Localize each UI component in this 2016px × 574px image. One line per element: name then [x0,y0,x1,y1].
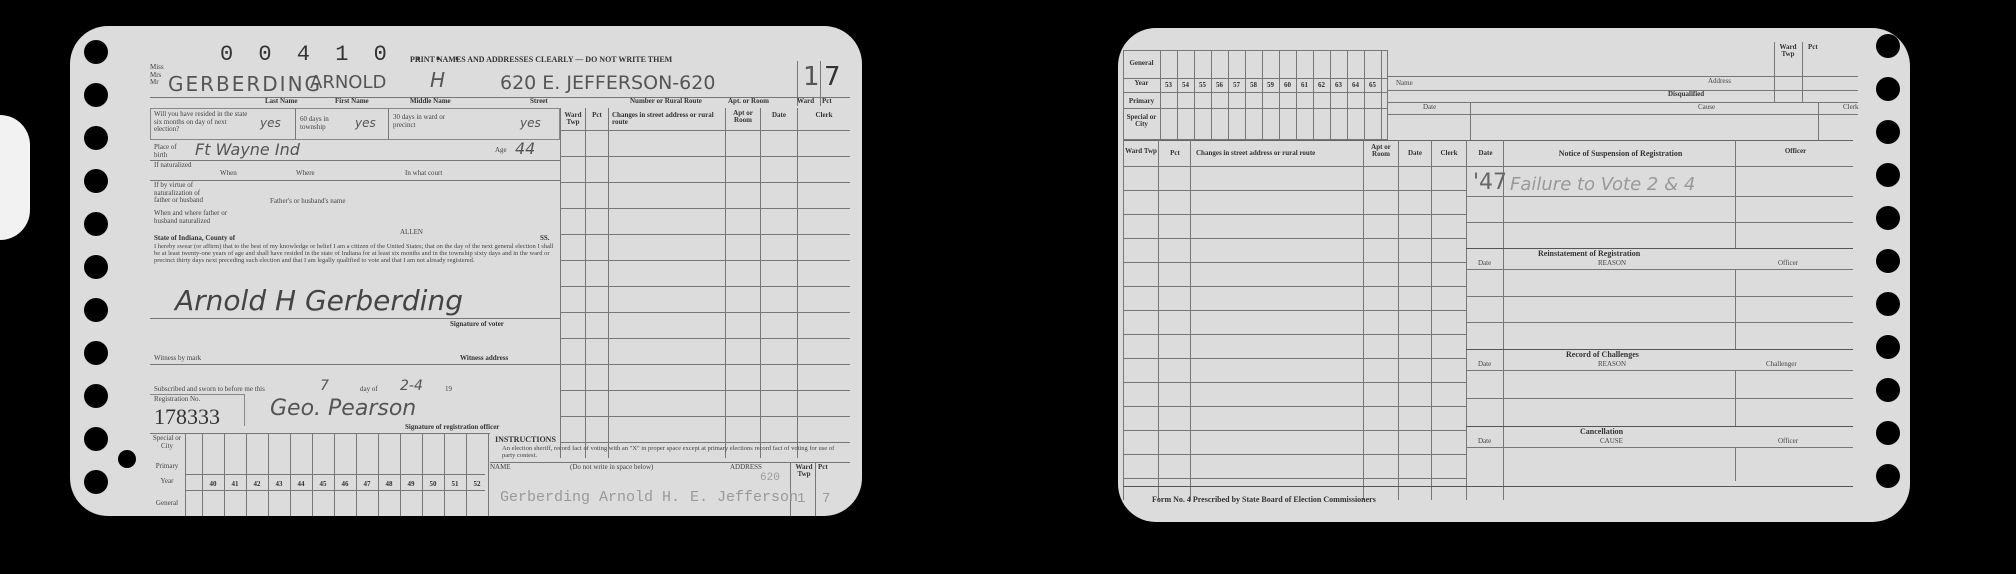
ward-twp-label: Ward Twp [1776,44,1800,59]
salutations: Miss Mrs Mr [150,64,170,87]
row-label-special: Special or City [152,435,182,450]
first-name-value: ARNOLD [310,72,386,93]
stamped-pct: 7 [822,491,830,507]
where-label: Where [296,170,315,178]
bottom-name-label: NAME [490,464,511,472]
residency-ward-answer: yes [520,116,541,130]
punch-hole [84,470,108,494]
challenges-date-header: Date [1478,361,1491,369]
officer-signature-label: Signature of registration officer [405,424,499,431]
stamped-name: Gerberding Arnold H. [500,489,680,506]
instructions-title: INSTRUCTIONS [495,436,556,444]
row-label-general: General [1124,60,1159,67]
challenges-reason-header: REASON [1598,361,1626,369]
col-changes: Changes in street address or rural route [1196,150,1361,157]
year-cell: 59 [1262,81,1279,89]
year-cell: 44 [290,480,312,488]
year-cell: 62 [1313,81,1330,89]
year-cell: 49 [400,480,422,488]
year-cell: 54 [1177,81,1194,89]
residency-state-answer: yes [260,116,281,130]
residency-state-question: Will you have resided in the state six m… [154,111,249,134]
year-cell: 40 [202,480,224,488]
challenges-title: Record of Challenges [1566,351,1639,359]
col-apt: Apt or Room [1364,144,1398,159]
col-clerk: Clerk [799,112,849,119]
age-value: 44 [515,139,535,158]
row-label-special: Special or City [1124,114,1159,129]
oath-ss-label: SS. [540,235,550,242]
stamped-ward: 1 [797,491,805,507]
punch-hole-small [118,450,136,468]
punch-hole [84,255,108,279]
disq-cause-label: Cause [1698,104,1715,112]
reinstatement-date-header: Date [1478,260,1491,268]
ward-value: 1 [803,62,820,92]
residency-township-answer: yes [355,116,376,130]
punch-hole [1876,34,1900,58]
challenges-challenger-header: Challenger [1766,361,1797,369]
name-label: Name [1396,80,1413,88]
col-pct: Pct [587,112,607,119]
father-where-label: When and where father or husband natural… [154,210,244,225]
year-cell: 65 [1364,81,1381,89]
row-label-primary: Primary [152,463,182,471]
bottom-ward-label: Ward Twp [792,464,816,479]
col-ward-twp: Ward Twp [1124,148,1158,155]
year-cell: 46 [334,480,356,488]
col-pct: Pct [1160,150,1190,157]
place-of-birth-label: Place of birth [154,144,184,159]
ward-label: Ward [797,98,814,105]
address-label: Address [1708,78,1731,86]
father-naturalization-label: If by virtue of naturalization of father… [154,182,212,205]
day-label: day of [360,386,378,394]
bottom-address-label: ADDRESS [730,464,762,472]
officer-signature: Geo. Pearson [270,396,416,421]
col-changes: Changes in street address or rural route [612,112,722,127]
court-label: In what court [405,170,442,178]
year-cell: 45 [312,480,334,488]
street-label: Street [530,98,548,105]
address-changes-table [560,108,850,458]
form-footer: Form No. 4 Prescribed by State Board of … [1152,496,1376,504]
punch-hole [84,341,108,365]
month-value: 2-4 [400,378,423,394]
suspension-notice-header: Notice of Suspension of Registration [1508,150,1733,158]
punch-hole [1876,120,1900,144]
oath-text: I hereby swear (or affirm) that to the b… [154,243,554,264]
punch-hole [1876,378,1900,402]
witness-mark-label: Witness by mark [154,355,201,363]
last-name-value: GERBERDING [168,72,322,96]
instructions-text: An election sheriff, record fact of voti… [502,445,842,459]
punch-hole [1876,421,1900,445]
punch-hole [1876,335,1900,359]
col-date: Date [1399,150,1431,157]
year-cell: 57 [1228,81,1245,89]
middle-name-value: H [430,68,445,92]
suspension-date-header: Date [1468,150,1503,157]
suspension-entry-text: Failure to Vote 2 & 4 [1510,174,1695,195]
year-cell: 42 [246,480,268,488]
year-cell: 47 [356,480,378,488]
year-cell: 52 [466,480,488,488]
oath-state-label: State of Indiana, County of [154,235,235,242]
place-of-birth-value: Ft Wayne Ind [195,140,300,159]
row-label-general: General [152,500,182,508]
apt-room-label: Apt. or Room [728,98,769,105]
suspension-entry-date: '47 [1473,170,1507,195]
film-edge-tab [0,115,30,240]
pct-value: 7 [824,62,841,92]
middle-name-label: Middle Name [410,98,451,105]
signature-label: Signature of voter [450,321,504,328]
year-cell: 58 [1245,81,1262,89]
year-cell: 63 [1330,81,1347,89]
header-instruction: PRINT NAMES AND ADDRESSES CLEARLY — DO N… [410,56,672,64]
number-route-label: Number or Rural Route [630,98,702,105]
oath-county-value: ALLEN [400,229,423,237]
year-cell: 64 [1347,81,1364,89]
punch-hole [84,126,108,150]
year-cell: 41 [224,480,246,488]
punch-hole [84,40,108,64]
year-cell: 50 [422,480,444,488]
day-value: 7 [320,378,329,394]
suspension-officer-header: Officer [1738,148,1853,155]
punch-hole [1876,249,1900,273]
row-label-primary: Primary [1124,98,1159,105]
voting-record-grid [1123,50,1388,140]
year-cell: 43 [268,480,290,488]
witness-address-label: Witness address [460,355,508,362]
subscribed-label: Subscribed and sworn to before me this [154,386,265,394]
residency-township-question: 60 days in township [300,116,348,131]
disq-date-label: Date [1423,104,1436,112]
bottom-pct-label: Pct [818,464,828,471]
col-clerk: Clerk [1432,150,1466,157]
row-label-year: Year [152,478,182,486]
punch-hole [1876,464,1900,488]
reinstatement-title: Reinstatement of Registration [1538,250,1640,258]
row-label-year: Year [1124,80,1159,87]
col-apt: Apt or Room [727,110,759,125]
residency-ward-question: 30 days in ward or precinct [393,114,453,129]
year-cell: 55 [1194,81,1211,89]
disqualified-label: Disqualified [1668,91,1704,98]
year-prefix: 19 [445,386,452,394]
year-cell: 51 [444,480,466,488]
year-cell: 61 [1296,81,1313,89]
punch-hole [84,298,108,322]
do-not-write-label: (Do not write in space below) [570,464,653,472]
punch-hole [1876,77,1900,101]
cancellation-date-header: Date [1478,438,1491,446]
punch-hole [84,169,108,193]
punch-hole [84,427,108,451]
registration-card-back: General Year Primary Special or City 53 … [1118,28,1910,522]
col-ward-twp: Ward Twp [562,112,584,127]
punch-hole [84,212,108,236]
first-name-label: First Name [335,98,369,105]
pct-label: Pct [822,98,832,105]
when-label: When [220,170,237,178]
punch-hole [84,83,108,107]
registration-no-label: Registration No. [154,396,200,404]
last-name-label: Last Name [265,98,297,105]
punch-hole [1876,163,1900,187]
cancellation-title: Cancellation [1580,428,1623,436]
reinstatement-officer-header: Officer [1778,260,1798,268]
registration-card-front: 0 0 4 1 0 ... PRINT NAMES AND ADDRESSES … [70,26,862,516]
father-name-label: Father's or husband's name [270,198,345,206]
disq-clerk-label: Clerk [1843,104,1859,112]
punch-hole [84,384,108,408]
registration-no-value: 178333 [154,404,220,430]
punch-hole [1876,292,1900,316]
punch-hole [1876,206,1900,230]
stamped-address: E. Jefferson [690,489,798,506]
naturalized-label: If naturalized [154,162,194,170]
age-label: Age [495,147,507,155]
year-cell: 60 [1279,81,1296,89]
cancellation-cause-header: CAUSE [1600,438,1623,446]
stamped-number: 620 [760,472,780,484]
street-value: 620 E. JEFFERSON-620 [500,72,715,94]
year-cell: 53 [1160,81,1177,89]
voter-signature: Arnold H Gerberding [175,284,463,317]
cancellation-officer-header: Officer [1778,438,1798,446]
col-date: Date [762,112,796,119]
year-cell: 56 [1211,81,1228,89]
year-cell: 48 [378,480,400,488]
pct-label: Pct [1808,44,1818,51]
reinstatement-reason-header: REASON [1598,260,1626,268]
